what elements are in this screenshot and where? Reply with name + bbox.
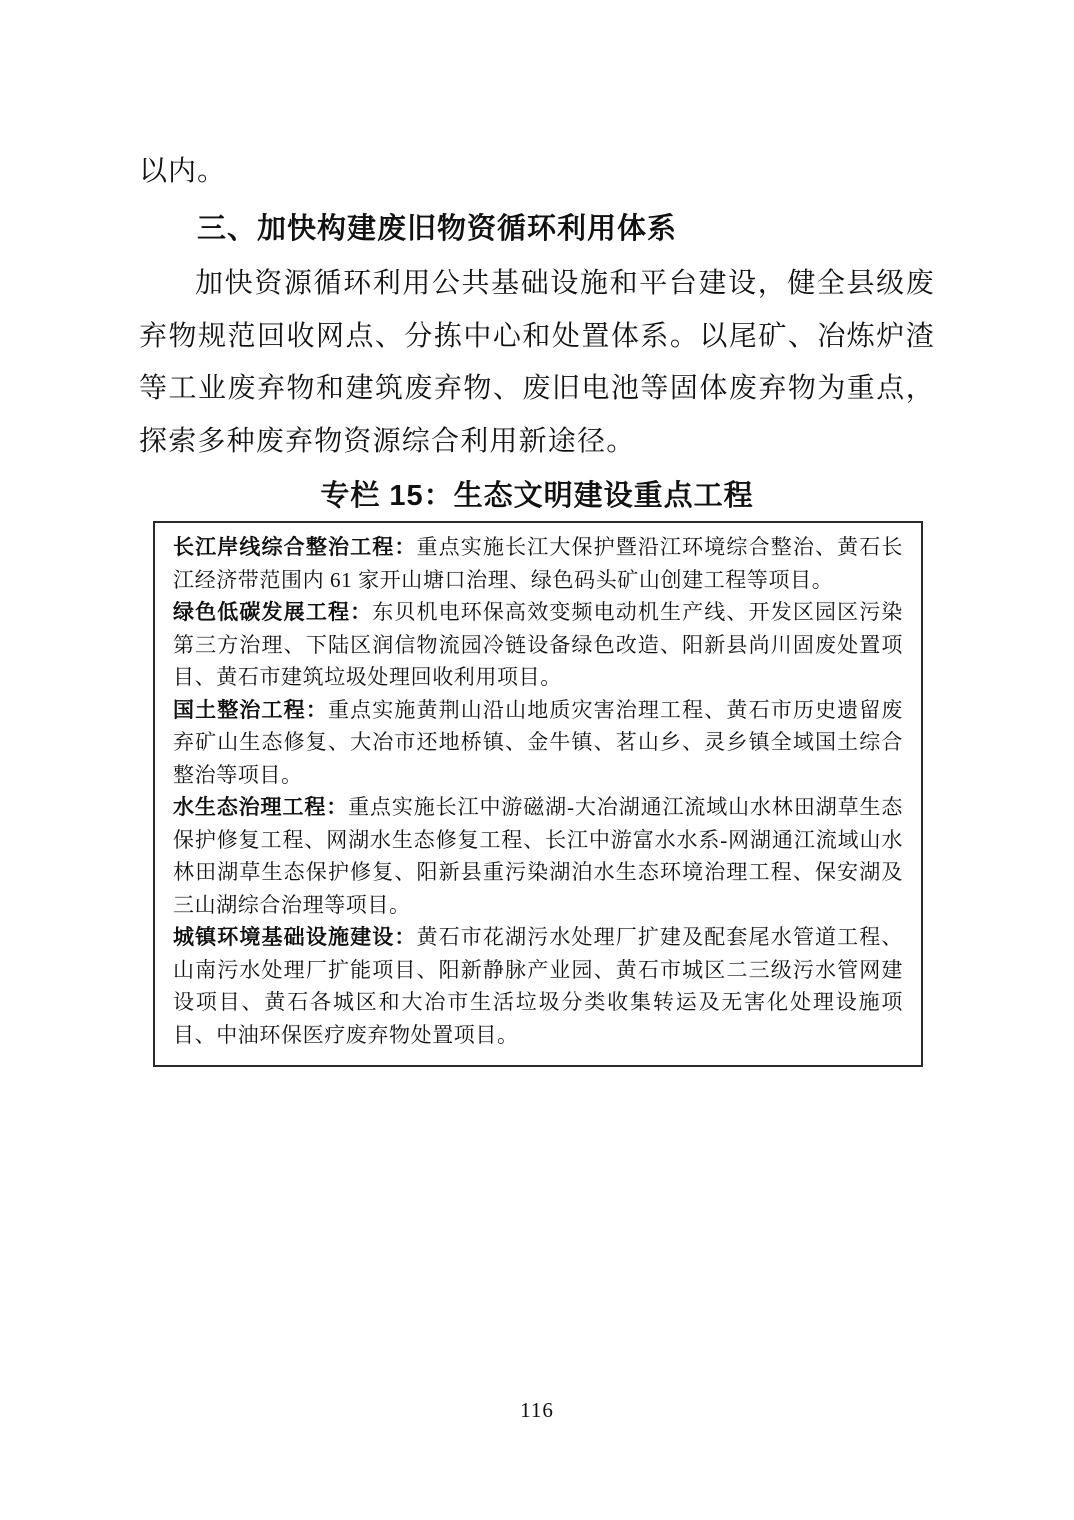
box-item: 长江岸线综合整治工程：重点实施长江大保护暨沿江环境综合整治、黄石长江经济带范围内… <box>173 531 903 596</box>
feature-box-title: 专栏 15：生态文明建设重点工程 <box>139 474 935 518</box>
box-item-label: 国土整治工程： <box>173 698 328 722</box>
box-item-label: 长江岸线综合整治工程： <box>173 535 417 559</box>
box-item: 绿色低碳发展工程：东贝机电环保高效变频电动机生产线、开发区园区污染第三方治理、下… <box>173 596 903 694</box>
box-item-label: 绿色低碳发展工程： <box>173 600 372 624</box>
box-item: 国土整治工程：重点实施黄荆山沿山地质灾害治理工程、黄石市历史遗留废弃矿山生态修复… <box>173 694 903 792</box>
feature-box: 长江岸线综合整治工程：重点实施长江大保护暨沿江环境综合整治、黄石长江经济带范围内… <box>153 521 923 1067</box>
section-heading: 三、加快构建废旧物资循环利用体系 <box>139 202 935 256</box>
intro-tail-text: 以内。 <box>139 146 935 198</box>
document-page: 以内。 三、加快构建废旧物资循环利用体系 加快资源循环利用公共基础设施和平台建设… <box>0 0 1074 1520</box>
body-paragraph: 加快资源循环利用公共基础设施和平台建设，健全县级废弃物规范回收网点、分拣中心和处… <box>139 258 935 468</box>
box-item: 城镇环境基础设施建设：黄石市花湖污水处理厂扩建及配套尾水管道工程、山南污水处理厂… <box>173 921 903 1051</box>
box-item: 水生态治理工程：重点实施长江中游磁湖-大冶湖通江流域山水林田湖草生态保护修复工程… <box>173 791 903 921</box>
box-item-label: 水生态治理工程： <box>173 795 348 819</box>
box-item-label: 城镇环境基础设施建设： <box>173 925 417 949</box>
page-number: 116 <box>0 1398 1074 1423</box>
